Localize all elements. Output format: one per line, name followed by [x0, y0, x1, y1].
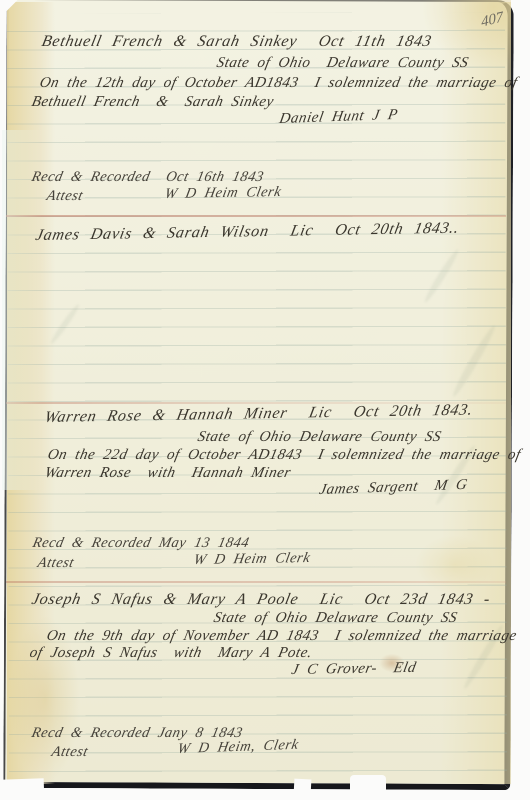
ruled-lines	[7, 12, 507, 779]
entry3-body-2: of Joseph S Nafus with Mary A Pote.	[28, 645, 314, 662]
record1-recorded: Recd & Recorded Oct 16th 1843	[30, 170, 265, 186]
record1-attest: Attest	[45, 189, 84, 205]
entry3-body-1: On the 9th day of November AD 1843 I sol…	[45, 628, 518, 645]
entry1-body-1: On the 12th day of October AD1843 I sole…	[38, 75, 519, 92]
record2-clerk: W D Heim Clerk	[192, 551, 312, 569]
entry3-signature: J C Grover- Eld	[290, 660, 418, 679]
torn-edge-notch	[350, 775, 386, 793]
torn-edge-notch	[0, 778, 44, 800]
entry3-venue: State of Ohio Delaware County SS	[212, 610, 459, 627]
entry1-heading: Bethuell French & Sarah Sinkey Oct 11th …	[40, 33, 433, 51]
red-divider-rule	[6, 215, 506, 217]
torn-edge-notch	[294, 779, 312, 796]
entry1-body-2: Bethuell French & Sarah Sinkey	[30, 94, 275, 111]
red-divider-rule	[6, 581, 506, 583]
record2-recorded: Recd & Recorded May 13 1844	[31, 536, 251, 552]
entry1-venue: State of Ohio Delaware County SS	[215, 55, 470, 72]
record2-attest: Attest	[36, 556, 75, 572]
entry2-body-2: Warren Rose with Hannah Miner	[43, 465, 292, 482]
ledger-photo: 407 Bethuell French & Sarah Sinkey Oct 1…	[0, 0, 530, 800]
page-corner-cut	[0, 0, 20, 16]
record1-clerk: W D Heim Clerk	[163, 185, 283, 203]
entry2-body-1: On the 22d day of October AD1843 I solem…	[46, 447, 522, 464]
entry2-venue: State of Ohio Delaware County SS	[196, 429, 443, 446]
entry3-heading: Joseph S Nafus & Mary A Poole Lic Oct 23…	[30, 591, 492, 609]
record3-attest: Attest	[50, 745, 89, 761]
